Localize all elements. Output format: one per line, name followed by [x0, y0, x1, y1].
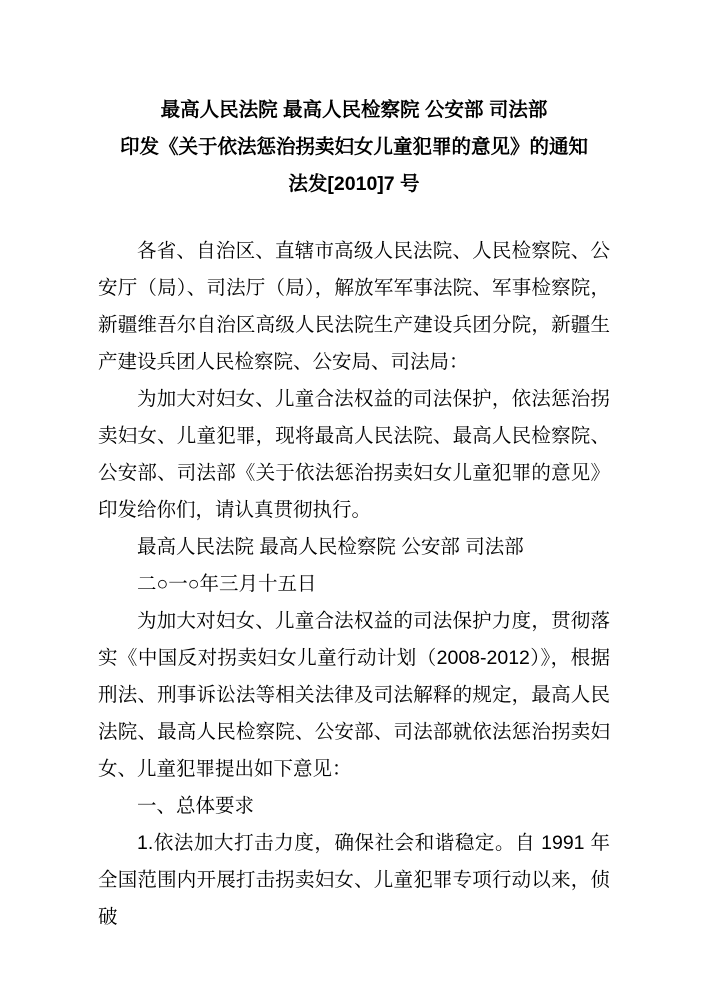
paragraph-preamble: 为加大对妇女、儿童合法权益的司法保护力度，贯彻落实《中国反对拐卖妇女儿童行动计划… — [98, 603, 610, 788]
document-page: 最高人民法院 最高人民检察院 公安部 司法部 印发《关于依法惩治拐卖妇女儿童犯罪… — [0, 0, 707, 999]
document-content: 最高人民法院 最高人民检察院 公安部 司法部 印发《关于依法惩治拐卖妇女儿童犯罪… — [98, 92, 610, 936]
document-title-block: 最高人民法院 最高人民检察院 公安部 司法部 印发《关于依法惩治拐卖妇女儿童犯罪… — [98, 92, 610, 203]
title-document-name: 印发《关于依法惩治拐卖妇女儿童犯罪的意见》的通知 — [98, 129, 610, 166]
paragraph-recipients: 各省、自治区、直辖市高级人民法院、人民检察院、公安厅（局）、司法厅（局），解放军… — [98, 233, 610, 381]
date-line: 二○一○年三月十五日 — [98, 566, 610, 603]
signature-line: 最高人民法院 最高人民检察院 公安部 司法部 — [98, 529, 610, 566]
paragraph-notice: 为加大对妇女、儿童合法权益的司法保护，依法惩治拐卖妇女、儿童犯罪，现将最高人民法… — [98, 381, 610, 529]
title-issuing-agencies: 最高人民法院 最高人民检察院 公安部 司法部 — [98, 92, 610, 129]
section-heading-1: 一、总体要求 — [98, 788, 610, 825]
paragraph-section1-item1: 1.依法加大打击力度，确保社会和谐稳定。自 1991 年全国范围内开展打击拐卖妇… — [98, 825, 610, 936]
title-document-number: 法发[2010]7 号 — [98, 166, 610, 203]
